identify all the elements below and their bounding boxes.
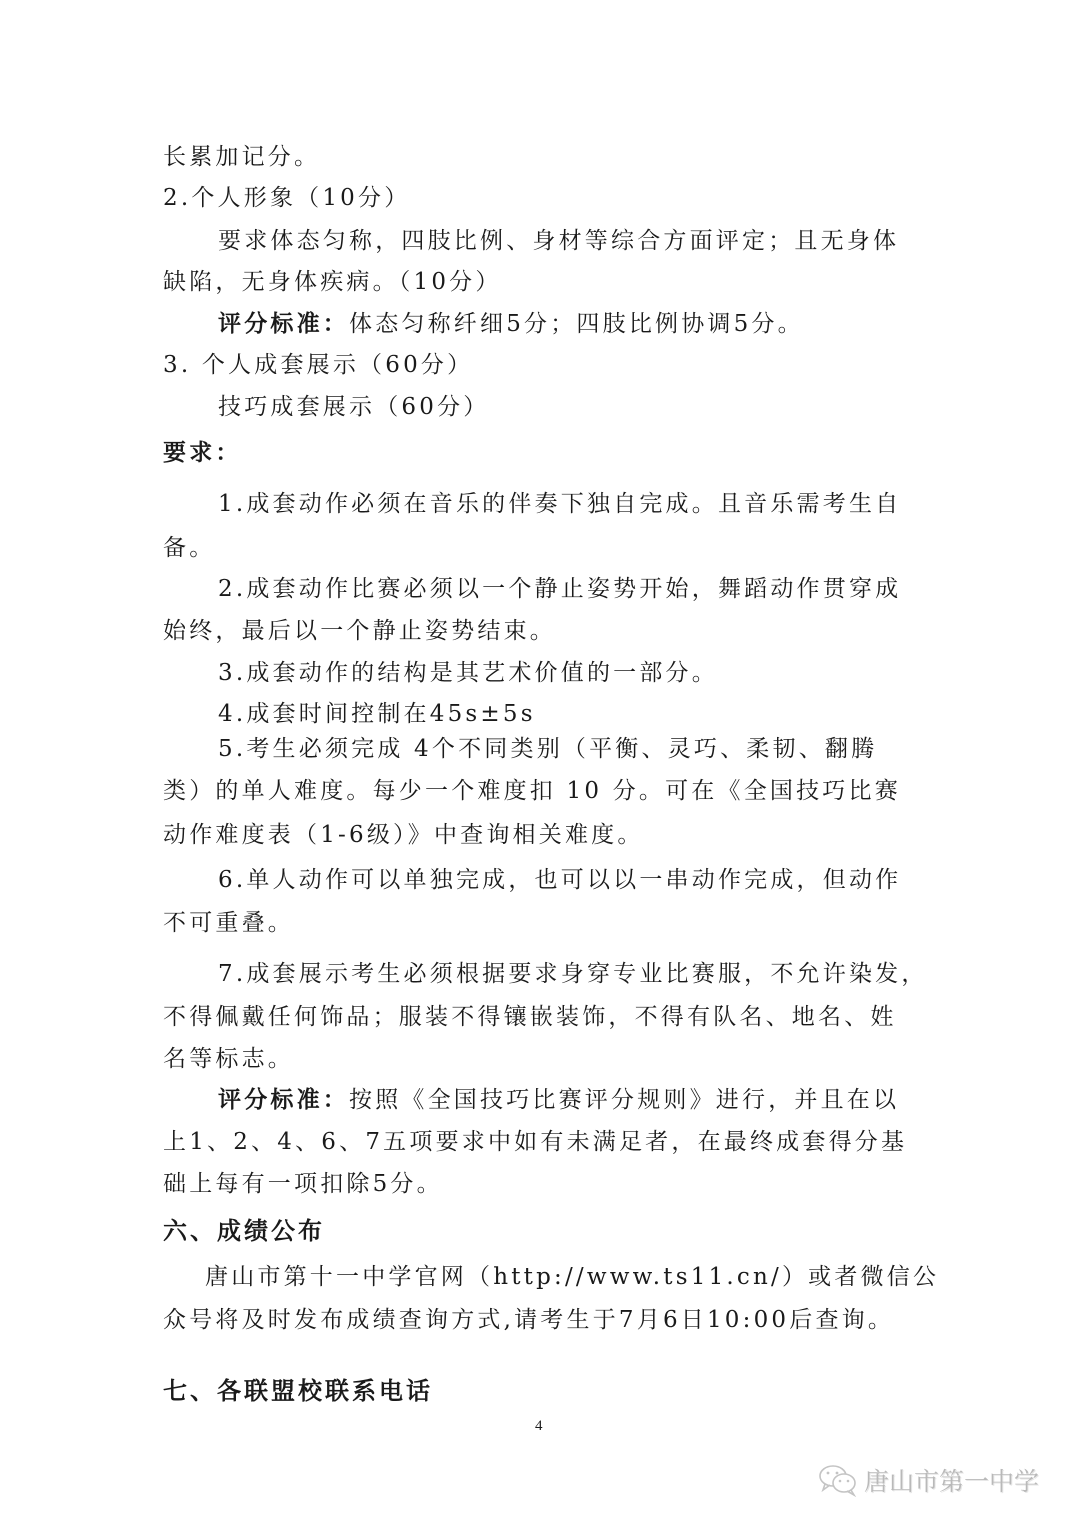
text-line: 5.考生必须完成 4个不同类别（平衡、灵巧、柔韧、翻腾 xyxy=(218,734,877,764)
text-line: 备。 xyxy=(163,533,215,563)
text-line: 唐山市第十一中学官网（http://www.ts11.cn/）或者微信公 xyxy=(205,1262,939,1292)
scoring-label: 评分标准： xyxy=(218,1087,349,1113)
text-line: 1.成套动作必须在音乐的伴奏下独自完成。且音乐需考生自 xyxy=(218,489,901,519)
text-line: 6.单人动作可以单独完成，也可以以一串动作完成，但动作 xyxy=(218,865,901,895)
text-line: 4.成套时间控制在45s±5s xyxy=(218,699,536,729)
text-line: 7.成套展示考生必须根据要求身穿专业比赛服，不允许染发， xyxy=(218,959,928,989)
text-line: 3.成套动作的结构是其艺术价值的一部分。 xyxy=(218,658,718,688)
text-line: 础上每有一项扣除5分。 xyxy=(163,1169,443,1199)
scoring-label: 评分标准： xyxy=(218,311,349,337)
text-line: 不得佩戴任何饰品；服装不得镶嵌装饰，不得有队名、地名、姓 xyxy=(163,1002,897,1032)
text-line: 2.个人形象（10分） xyxy=(163,183,410,213)
text-line: 3. 个人成套展示（60分） xyxy=(163,350,473,380)
text-line: 要求： xyxy=(163,438,242,468)
section-heading: 七、各联盟校联系电话 xyxy=(163,1376,433,1406)
text-line: 评分标准：按照《全国技巧比赛评分规则》进行，并且在以 xyxy=(218,1085,899,1115)
text-line: 技巧成套展示（60分） xyxy=(218,392,489,422)
page-number: 4 xyxy=(535,1418,543,1435)
text-line: 缺陷，无身体疾病。（10分） xyxy=(163,267,502,297)
line-text: 按照《全国技巧比赛评分规则》进行，并且在以 xyxy=(349,1087,899,1113)
text-line: 要求体态匀称，四肢比例、身材等综合方面评定；且无身体 xyxy=(218,226,899,256)
text-line: 众号将及时发布成绩查询方式,请考生于7月6日10:00后查询。 xyxy=(163,1305,894,1335)
line-text: 体态匀称纤细5分；四肢比例协调5分。 xyxy=(349,311,804,337)
watermark-text: 唐山市第一中学 xyxy=(864,1462,1039,1498)
text-line: 始终，最后以一个静止姿势结束。 xyxy=(163,616,556,646)
text-line: 上1、2、4、6、7五项要求中如有未满足者，在最终成套得分基 xyxy=(163,1127,907,1157)
text-line: 动作难度表（1-6级）》中查询相关难度。 xyxy=(163,820,644,850)
text-line: 类）的单人难度。每少一个难度扣 10 分。可在《全国技巧比赛 xyxy=(163,776,901,806)
text-line: 2.成套动作比赛必须以一个静止姿势开始，舞蹈动作贯穿成 xyxy=(218,574,901,604)
text-line: 长累加记分。 xyxy=(163,142,320,172)
text-line: 评分标准：体态匀称纤细5分；四肢比例协调5分。 xyxy=(218,309,804,339)
wechat-icon xyxy=(818,1463,858,1497)
text-line: 名等标志。 xyxy=(163,1044,294,1074)
section-heading: 六、成绩公布 xyxy=(163,1216,325,1246)
wechat-watermark: 唐山市第一中学 xyxy=(818,1462,1039,1498)
text-line: 不可重叠。 xyxy=(163,908,294,938)
